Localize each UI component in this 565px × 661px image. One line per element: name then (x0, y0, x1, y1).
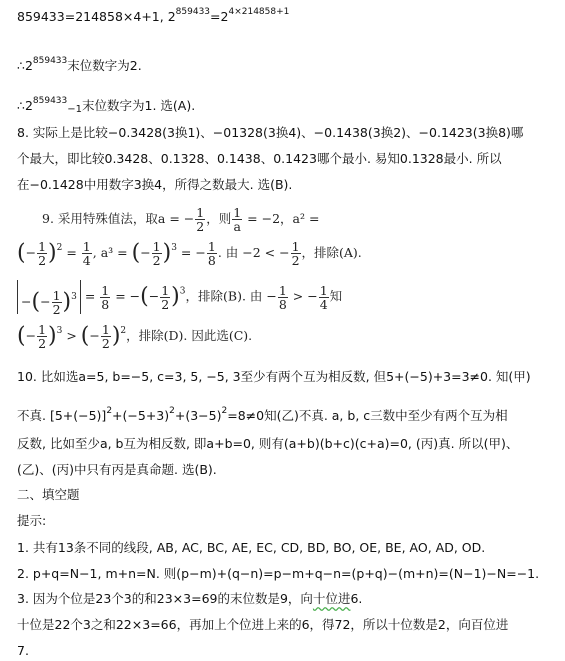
text: = −2，a² = (243, 211, 319, 226)
text: − (89, 328, 99, 343)
text: 知 (330, 289, 343, 304)
superscript: 859433 (33, 96, 67, 106)
fill-answer-3: 3. 因为个位是23个3的和23×3=69的末位数是9，向十位进6. (17, 591, 362, 607)
text: = (85, 289, 99, 304)
fraction: 12 (37, 323, 47, 350)
text: +(−5+3) (112, 408, 169, 423)
section-heading-fill-in-blank: 二、填空题 (17, 487, 80, 503)
subscript: −1 (67, 104, 82, 115)
denominator: 2 (291, 254, 301, 267)
q9-line-2: (−12)2 = 14, a³ = (−12)3 = −18. 由 −2 < −… (17, 240, 362, 267)
denominator: 2 (195, 220, 205, 233)
text: ，排除(A). (302, 245, 362, 260)
fraction: 12 (291, 240, 301, 267)
numerator: 1 (160, 284, 170, 298)
q10-line-2: 不真. [5+(−5)]2+(−5+3)2+(3−5)2=8≠0知(乙)不真. … (17, 403, 508, 424)
superscript: 3 (71, 292, 77, 302)
denominator: 2 (160, 298, 170, 311)
text: ，则 (206, 211, 231, 226)
denominator: 8 (278, 298, 288, 311)
text: 末位数字为2. (67, 58, 141, 73)
fraction: 14 (319, 284, 329, 311)
fraction: 18 (207, 240, 217, 267)
text: = − (111, 289, 140, 304)
q9-line-3: −(−12)3 = 18 = −(−12)3，排除(B). 由 −18 > −1… (17, 280, 342, 314)
numerator: 1 (207, 240, 217, 254)
text: − (40, 294, 50, 309)
fill-answer-3-cont: 十位是22个3之和22×3=66，再加上个位进上来的6，得72，所以十位数是2，… (17, 617, 508, 633)
fraction-one-over-a: 1a (232, 206, 242, 233)
paren: ) (63, 290, 72, 315)
numerator: 1 (319, 284, 329, 298)
text-line-last-digit-1: ∴2859433−1末位数字为1. 选(A). (17, 93, 195, 118)
text: . 由 −2 < − (218, 245, 290, 260)
paren: ) (48, 324, 57, 349)
fraction: 12 (52, 289, 62, 316)
text: =2 (210, 9, 228, 24)
text: > (62, 328, 80, 343)
denominator: 2 (37, 337, 47, 350)
denominator: 4 (319, 298, 329, 311)
fraction: 14 (82, 240, 92, 267)
text: ∴2 (17, 98, 33, 113)
text: 不真. [5+(−5)] (17, 408, 106, 423)
denominator: 2 (152, 254, 162, 267)
denominator: a (232, 220, 242, 233)
numerator: 1 (195, 206, 205, 220)
text: 3. 因为个位是23个3的和23×3=69的末位数是9，向 (17, 591, 313, 606)
hint-label: 提示: (17, 513, 46, 529)
q8-line-1: 8. 实际上是比较−0.3428(3换1)、−01328(3换4)、−0.143… (17, 125, 523, 141)
numerator: 1 (82, 240, 92, 254)
numerator: 1 (37, 323, 47, 337)
superscript: 859433 (176, 7, 210, 17)
paren: ( (140, 284, 149, 309)
fraction: 18 (278, 284, 288, 311)
text: = (66, 245, 80, 260)
paren: ( (17, 324, 26, 349)
fraction: 12 (152, 240, 162, 267)
q8-line-2: 个最大，即比较0.3428、0.1328、0.1438、0.1423哪个最小. … (17, 151, 502, 167)
text: 9. 采用特殊值法，取a = − (42, 211, 194, 226)
fraction: 12 (37, 240, 47, 267)
text: > − (289, 289, 318, 304)
paren: ) (163, 241, 172, 266)
numerator: 1 (100, 284, 110, 298)
fill-answer-1: 1. 共有13条不同的线段, AB, AC, BC, AE, EC, CD, B… (17, 540, 485, 556)
paren: ( (31, 290, 40, 315)
text: − (149, 289, 159, 304)
denominator: 2 (52, 303, 62, 316)
numerator: 1 (37, 240, 47, 254)
fraction: 12 (160, 284, 170, 311)
text: =8≠0知(乙)不真. a, b, c三数中至少有两个互为相 (227, 408, 507, 423)
text: = − (177, 245, 206, 260)
q10-line-3: 反数, 比如至少a, b互为相反数, 即a+b=0, 则有(a+b)(b+c)(… (17, 436, 518, 452)
text: − (21, 294, 31, 309)
numerator: 1 (278, 284, 288, 298)
paren: ) (171, 284, 180, 309)
denominator: 2 (101, 337, 111, 350)
superscript: 859433 (33, 56, 67, 66)
fraction: 18 (100, 284, 110, 311)
text-line-exponent-identity: 859433=214858×4+1, 2859433=24×214858+1 (17, 4, 289, 25)
numerator: 1 (291, 240, 301, 254)
paren: ) (48, 241, 57, 266)
q10-line-1: 10. 比如选a=5, b=−5, c=3, 5, −5, 3至少有两个互为相反… (17, 369, 531, 385)
q9-line-4: (−12)3 > (−12)2，排除(D). 因此选(C). (17, 323, 252, 350)
q9-line-1: 9. 采用特殊值法，取a = −12，则1a = −2，a² = (42, 206, 319, 233)
denominator: 8 (207, 254, 217, 267)
numerator: 1 (52, 289, 62, 303)
text: +(3−5) (175, 408, 222, 423)
q8-line-3: 在−0.1428中用数字3换4，所得之数最大. 选(B). (17, 177, 292, 193)
text: − (26, 328, 36, 343)
text: , a³ = (93, 245, 132, 260)
q10-line-4: (乙)、(丙)中只有丙是真命题. 选(B). (17, 462, 217, 478)
denominator: 4 (82, 254, 92, 267)
text: − (26, 245, 36, 260)
text: 末位数字为1. 选(A). (82, 98, 195, 113)
text-line-last-digit-2: ∴2859433末位数字为2. (17, 53, 142, 74)
denominator: 8 (100, 298, 110, 311)
fraction-one-half: 12 (195, 206, 205, 233)
text: 6. (350, 591, 362, 606)
paren: ( (132, 241, 141, 266)
numerator: 1 (101, 323, 111, 337)
grammar-underline-text: 十位进 (313, 591, 351, 606)
text: ∴2 (17, 58, 33, 73)
fill-answer-3-end: 7. (17, 643, 29, 659)
numerator: 1 (152, 240, 162, 254)
paren: ( (17, 241, 26, 266)
denominator: 2 (37, 254, 47, 267)
fraction: 12 (101, 323, 111, 350)
superscript: 2 (57, 243, 63, 253)
text: ，排除(D). 因此选(C). (126, 328, 252, 343)
absolute-value: −(−12)3 (17, 280, 81, 314)
numerator: 1 (232, 206, 242, 220)
text: 859433=214858×4+1, 2 (17, 9, 176, 24)
superscript: 4×214858+1 (228, 7, 289, 17)
fill-answer-2: 2. p+q=N−1, m+n=N. 则(p−m)+(q−n)=p−m+q−n=… (17, 566, 539, 582)
text: ，排除(B). 由 − (186, 289, 277, 304)
text: − (140, 245, 150, 260)
